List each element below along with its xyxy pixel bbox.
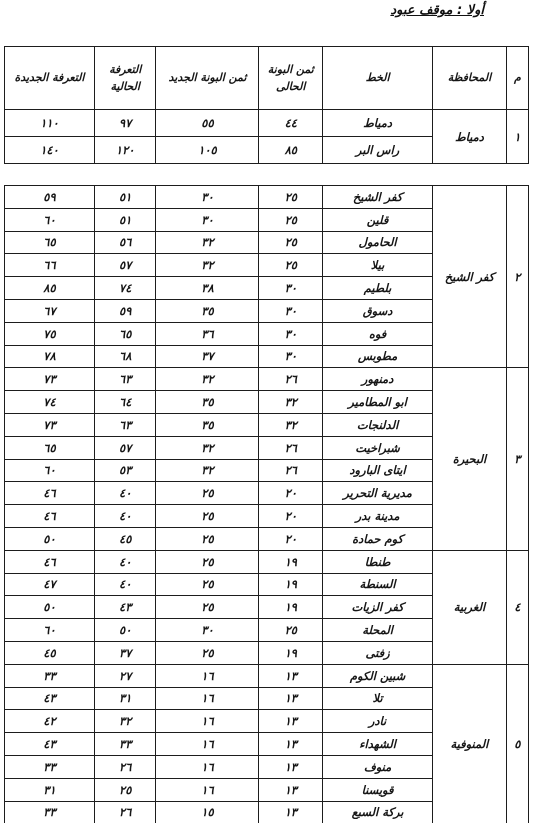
- coupon-new-cell: ٣٠: [156, 208, 259, 231]
- table-row: ٣البحيرةدمنهور٢٦٣٢٦٣٧٣: [5, 368, 529, 391]
- line-cell: دسوق: [323, 299, 433, 322]
- tariff-new-cell: ٤٣: [5, 733, 95, 756]
- line-cell: المحلة: [323, 619, 433, 642]
- coupon-current-cell: ٢٦: [259, 368, 323, 391]
- coupon-new-cell: ٣٨: [156, 277, 259, 300]
- tariff-current-cell: ٣١: [94, 687, 156, 710]
- coupon-current-cell: ٣٠: [259, 277, 323, 300]
- tariff-new-cell: ٥٠: [5, 596, 95, 619]
- tariff-current-cell: ١٢٠: [94, 137, 156, 164]
- tariff-current-cell: ٢٧: [94, 664, 156, 687]
- tariff-current-cell: ٤٠: [94, 573, 156, 596]
- column-header-number: م: [506, 47, 528, 110]
- line-cell: كوم حمادة: [323, 527, 433, 550]
- coupon-new-cell: ٣٢: [156, 436, 259, 459]
- tariff-current-cell: ٢٥: [94, 778, 156, 801]
- tariff-new-cell: ٤٦: [5, 482, 95, 505]
- coupon-current-cell: ١٣: [259, 710, 323, 733]
- column-header-coupon-current: ثمن البونة الحالى: [259, 47, 323, 110]
- tariff-current-cell: ٤٠: [94, 550, 156, 573]
- line-cell: منوف: [323, 755, 433, 778]
- line-cell: مديرية التحرير: [323, 482, 433, 505]
- tariff-new-cell: ٦٧: [5, 299, 95, 322]
- tariff-new-cell: ٤٥: [5, 641, 95, 664]
- table-header: م المحافظة الخط ثمن البونة الحالى ثمن ال…: [5, 47, 529, 110]
- coupon-current-cell: ١٣: [259, 755, 323, 778]
- table-body-damietta: ١دمياطدمياط٤٤٥٥٩٧١١٠راس البر٨٥١٠٥١٢٠١٤٠: [5, 110, 529, 164]
- line-cell: ايتاى البارود: [323, 459, 433, 482]
- tariff-new-cell: ٧٣: [5, 413, 95, 436]
- governorate-cell: البحيرة: [433, 368, 507, 550]
- coupon-new-cell: ٣٢: [156, 231, 259, 254]
- line-cell: السنطة: [323, 573, 433, 596]
- tariff-current-cell: ٧٤: [94, 277, 156, 300]
- tariff-new-cell: ٦٠: [5, 459, 95, 482]
- tariff-current-cell: ٦٤: [94, 391, 156, 414]
- coupon-new-cell: ٢٥: [156, 527, 259, 550]
- line-cell: مطوبس: [323, 345, 433, 368]
- coupon-new-cell: ٣٢: [156, 459, 259, 482]
- coupon-current-cell: ٣٠: [259, 322, 323, 345]
- row-number-cell: ٥: [506, 664, 528, 823]
- tariff-new-cell: ٦٥: [5, 436, 95, 459]
- line-cell: بلطيم: [323, 277, 433, 300]
- line-cell: فوه: [323, 322, 433, 345]
- line-cell: بركة السبع: [323, 801, 433, 823]
- coupon-new-cell: ١٦: [156, 664, 259, 687]
- tariff-new-cell: ٦٠: [5, 619, 95, 642]
- line-cell: مدينة بدر: [323, 505, 433, 528]
- coupon-current-cell: ٢٥: [259, 208, 323, 231]
- line-cell: كفر الشيخ: [323, 186, 433, 209]
- line-cell: طنطا: [323, 550, 433, 573]
- tariff-current-cell: ٢٦: [94, 755, 156, 778]
- document-page: أولا : موقف عبود م المحافظة الخط ثمن الب…: [0, 0, 550, 823]
- tariff-new-cell: ٤٢: [5, 710, 95, 733]
- line-cell: الشهداء: [323, 733, 433, 756]
- coupon-new-cell: ٢٥: [156, 482, 259, 505]
- tariff-new-cell: ٧٣: [5, 368, 95, 391]
- line-cell: زفتى: [323, 641, 433, 664]
- tariff-current-cell: ٥٣: [94, 459, 156, 482]
- coupon-new-cell: ١٦: [156, 778, 259, 801]
- tariff-current-cell: ٥٧: [94, 254, 156, 277]
- tariff-new-cell: ٣٣: [5, 801, 95, 823]
- fare-table-damietta: م المحافظة الخط ثمن البونة الحالى ثمن ال…: [4, 46, 529, 164]
- governorate-cell: كفر الشيخ: [433, 186, 507, 368]
- tariff-new-cell: ٦٥: [5, 231, 95, 254]
- coupon-new-cell: ٣٠: [156, 186, 259, 209]
- coupon-current-cell: ٢٠: [259, 505, 323, 528]
- tariff-current-cell: ٥١: [94, 208, 156, 231]
- column-header-tariff-current: التعرفة الحالية: [94, 47, 156, 110]
- coupon-current-cell: ٢٥: [259, 619, 323, 642]
- coupon-current-cell: ١٣: [259, 801, 323, 823]
- tariff-new-cell: ٧٥: [5, 322, 95, 345]
- coupon-new-cell: ٢٥: [156, 550, 259, 573]
- coupon-current-cell: ٢٦: [259, 436, 323, 459]
- tariff-current-cell: ٥٧: [94, 436, 156, 459]
- table-row: ٤الغربيةطنطا١٩٢٥٤٠٤٦: [5, 550, 529, 573]
- header-row: م المحافظة الخط ثمن البونة الحالى ثمن ال…: [5, 47, 529, 110]
- coupon-current-cell: ٢٥: [259, 186, 323, 209]
- coupon-new-cell: ١٠٥: [156, 137, 259, 164]
- line-cell: تلا: [323, 687, 433, 710]
- coupon-current-cell: ٢٠: [259, 482, 323, 505]
- coupon-new-cell: ١٦: [156, 755, 259, 778]
- tariff-current-cell: ٤٥: [94, 527, 156, 550]
- row-number-cell: ٤: [506, 550, 528, 664]
- coupon-new-cell: ١٥: [156, 801, 259, 823]
- line-cell: الدلنجات: [323, 413, 433, 436]
- coupon-new-cell: ٣٢: [156, 368, 259, 391]
- table-row: ٥المنوفيةشبين الكوم١٣١٦٢٧٣٣: [5, 664, 529, 687]
- coupon-current-cell: ٢٠: [259, 527, 323, 550]
- tariff-current-cell: ٥١: [94, 186, 156, 209]
- tariff-new-cell: ٧٤: [5, 391, 95, 414]
- table-body-governorates: ٢كفر الشيخكفر الشيخ٢٥٣٠٥١٥٩قلين٢٥٣٠٥١٦٠ا…: [5, 186, 529, 823]
- tariff-new-cell: ٦٦: [5, 254, 95, 277]
- coupon-current-cell: ١٣: [259, 687, 323, 710]
- tariff-new-cell: ٣٣: [5, 664, 95, 687]
- coupon-new-cell: ٣٢: [156, 254, 259, 277]
- row-number-cell: ١: [506, 110, 528, 164]
- table-row: ٢كفر الشيخكفر الشيخ٢٥٣٠٥١٥٩: [5, 186, 529, 209]
- coupon-new-cell: ٣٠: [156, 619, 259, 642]
- tariff-new-cell: ٨٥: [5, 277, 95, 300]
- tariff-new-cell: ٤٦: [5, 550, 95, 573]
- governorate-cell: المنوفية: [433, 664, 507, 823]
- governorate-cell: دمياط: [433, 110, 507, 164]
- tariff-current-cell: ٦٥: [94, 322, 156, 345]
- coupon-current-cell: ١٩: [259, 550, 323, 573]
- coupon-current-cell: ٣٠: [259, 345, 323, 368]
- line-cell: راس البر: [323, 137, 433, 164]
- line-cell: شبراخيت: [323, 436, 433, 459]
- tariff-current-cell: ٩٧: [94, 110, 156, 137]
- fare-table-governorates: ٢كفر الشيخكفر الشيخ٢٥٣٠٥١٥٩قلين٢٥٣٠٥١٦٠ا…: [4, 185, 529, 823]
- tariff-new-cell: ١١٠: [5, 110, 95, 137]
- coupon-new-cell: ٣٥: [156, 299, 259, 322]
- coupon-current-cell: ٣٢: [259, 391, 323, 414]
- coupon-new-cell: ١٦: [156, 687, 259, 710]
- line-cell: شبين الكوم: [323, 664, 433, 687]
- tariff-new-cell: ٣٣: [5, 755, 95, 778]
- coupon-current-cell: ٢٦: [259, 459, 323, 482]
- line-cell: دمنهور: [323, 368, 433, 391]
- tariff-current-cell: ٥٩: [94, 299, 156, 322]
- tariff-current-cell: ٤٠: [94, 505, 156, 528]
- tariff-new-cell: ١٤٠: [5, 137, 95, 164]
- tariff-current-cell: ٥٦: [94, 231, 156, 254]
- coupon-new-cell: ٢٥: [156, 596, 259, 619]
- coupon-current-cell: ١٣: [259, 664, 323, 687]
- column-header-tariff-new: التعرفة الجديدة: [5, 47, 95, 110]
- coupon-current-cell: ٢٥: [259, 231, 323, 254]
- tariff-current-cell: ٤٠: [94, 482, 156, 505]
- document-title: أولا : موقف عبود: [390, 3, 484, 18]
- tariff-new-cell: ٤٣: [5, 687, 95, 710]
- tariff-new-cell: ٦٠: [5, 208, 95, 231]
- tariff-current-cell: ٣٣: [94, 733, 156, 756]
- table-row: ١دمياطدمياط٤٤٥٥٩٧١١٠: [5, 110, 529, 137]
- coupon-new-cell: ٣٧: [156, 345, 259, 368]
- coupon-current-cell: ٨٥: [259, 137, 323, 164]
- line-cell: كفر الزيات: [323, 596, 433, 619]
- coupon-current-cell: ١٣: [259, 778, 323, 801]
- tariff-current-cell: ٤٣: [94, 596, 156, 619]
- coupon-current-cell: ٣٢: [259, 413, 323, 436]
- coupon-new-cell: ٢٥: [156, 505, 259, 528]
- coupon-new-cell: ٣٥: [156, 413, 259, 436]
- coupon-new-cell: ١٦: [156, 710, 259, 733]
- coupon-new-cell: ٣٥: [156, 391, 259, 414]
- tariff-current-cell: ٦٨: [94, 345, 156, 368]
- tariff-current-cell: ٣٧: [94, 641, 156, 664]
- coupon-new-cell: ١٦: [156, 733, 259, 756]
- coupon-new-cell: ٥٥: [156, 110, 259, 137]
- tariff-current-cell: ٥٠: [94, 619, 156, 642]
- coupon-current-cell: ٤٤: [259, 110, 323, 137]
- coupon-new-cell: ٢٥: [156, 641, 259, 664]
- column-header-governorate: المحافظة: [433, 47, 507, 110]
- line-cell: دمياط: [323, 110, 433, 137]
- column-header-line: الخط: [323, 47, 433, 110]
- line-cell: بيلا: [323, 254, 433, 277]
- row-number-cell: ٣: [506, 368, 528, 550]
- governorate-cell: الغربية: [433, 550, 507, 664]
- tariff-new-cell: ٤٦: [5, 505, 95, 528]
- tariff-current-cell: ٣٢: [94, 710, 156, 733]
- coupon-current-cell: ١٩: [259, 641, 323, 664]
- line-cell: قويسنا: [323, 778, 433, 801]
- line-cell: ابو المطامير: [323, 391, 433, 414]
- coupon-current-cell: ٢٥: [259, 254, 323, 277]
- coupon-new-cell: ٣٦: [156, 322, 259, 345]
- coupon-current-cell: ١٩: [259, 596, 323, 619]
- tariff-current-cell: ٦٣: [94, 368, 156, 391]
- coupon-current-cell: ١٣: [259, 733, 323, 756]
- line-cell: نادر: [323, 710, 433, 733]
- tariff-new-cell: ٥٠: [5, 527, 95, 550]
- line-cell: الحامول: [323, 231, 433, 254]
- row-number-cell: ٢: [506, 186, 528, 368]
- coupon-current-cell: ١٩: [259, 573, 323, 596]
- tariff-new-cell: ٤٧: [5, 573, 95, 596]
- line-cell: قلين: [323, 208, 433, 231]
- tariff-new-cell: ٧٨: [5, 345, 95, 368]
- tariff-new-cell: ٣١: [5, 778, 95, 801]
- coupon-current-cell: ٣٠: [259, 299, 323, 322]
- column-header-coupon-new: ثمن البونة الجديد: [156, 47, 259, 110]
- tariff-current-cell: ٦٣: [94, 413, 156, 436]
- coupon-new-cell: ٢٥: [156, 573, 259, 596]
- tariff-current-cell: ٢٦: [94, 801, 156, 823]
- tariff-new-cell: ٥٩: [5, 186, 95, 209]
